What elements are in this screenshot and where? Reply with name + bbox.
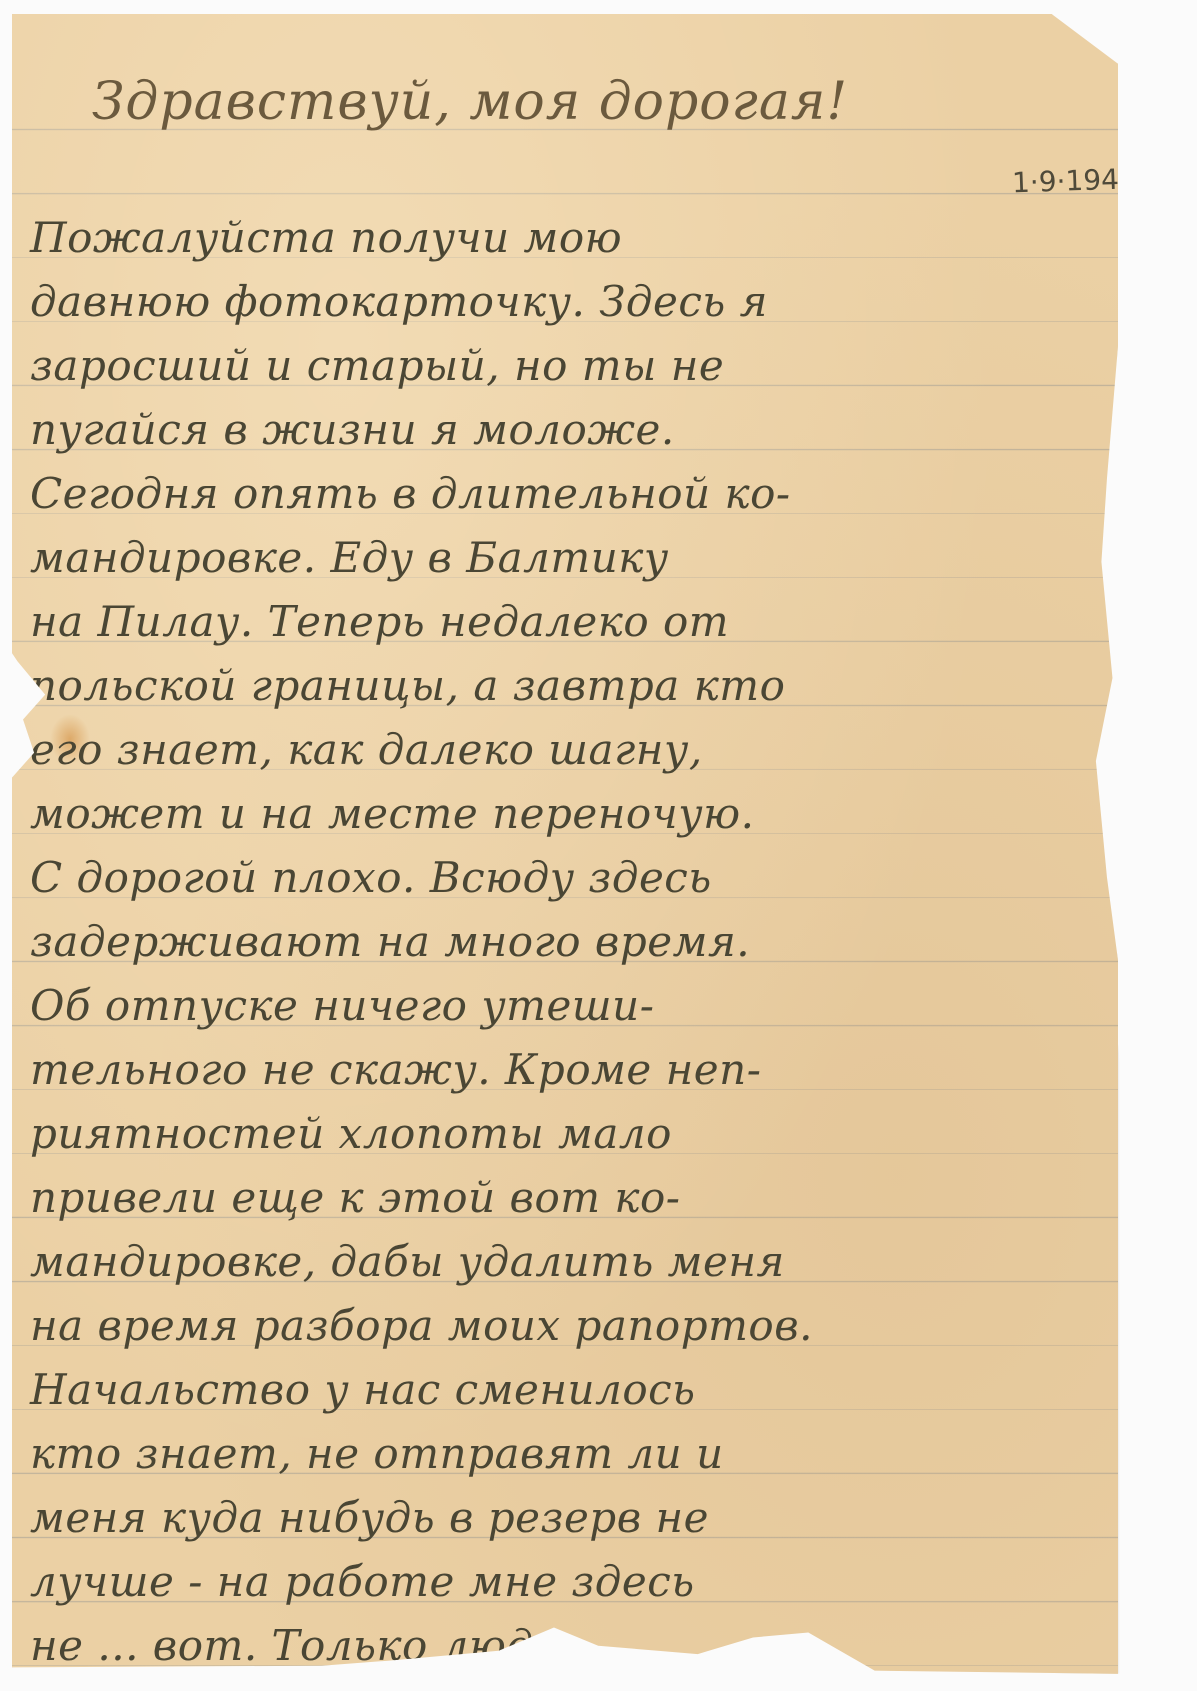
letter-line: задерживают на много время. xyxy=(30,910,1120,974)
letter-line: его знает, как далеко шагну, xyxy=(30,718,1120,782)
letter-body: Пожалуйста получи мою давнюю фотокарточк… xyxy=(30,206,1120,1678)
letter-line: не ... вот. Только люди xyxy=(30,1614,1120,1678)
letter-page: Здравствуй, моя дорогая! 1·9·1946г Пожал… xyxy=(12,14,1118,1674)
letter-line: кто знает, не отправят ли и xyxy=(30,1422,1120,1486)
letter-line: на Пилау. Теперь недалеко от xyxy=(30,590,1120,654)
letter-line: лучше - на работе мне здесь xyxy=(30,1550,1120,1614)
letter-line: Пожалуйста получи мою xyxy=(30,206,1120,270)
letter-line: тельного не скажу. Кроме неп- xyxy=(30,1038,1120,1102)
letter-line: на время разбора моих рапортов. xyxy=(30,1294,1120,1358)
letter-line: Сегодня опять в длительной ко- xyxy=(30,462,1120,526)
letter-greeting: Здравствуй, моя дорогая! xyxy=(92,72,848,132)
letter-line: риятностей хлопоты мало xyxy=(30,1102,1120,1166)
letter-line: мандировке. Еду в Балтику xyxy=(30,526,1120,590)
letter-line: пугайся в жизни я моложе. xyxy=(30,398,1120,462)
letter-date: 1·9·1946г xyxy=(1011,162,1151,200)
letter-line: Об отпуске ничего утеши- xyxy=(30,974,1120,1038)
letter-line: мандировке, дабы удалить меня xyxy=(30,1230,1120,1294)
letter-line: Начальство у нас сменилось xyxy=(30,1358,1120,1422)
letter-line: давнюю фотокарточку. Здесь я xyxy=(30,270,1120,334)
letter-line: польской границы, а завтра кто xyxy=(30,654,1120,718)
letter-line: С дорогой плохо. Всюду здесь xyxy=(30,846,1120,910)
letter-line: привели еще к этой вот ко- xyxy=(30,1166,1120,1230)
letter-text: риятностей хлопоты мало xyxy=(30,1109,672,1158)
letter-line: заросший и старый, но ты не xyxy=(30,334,1120,398)
letter-line: может и на месте переночую. xyxy=(30,782,1120,846)
letter-line: меня куда нибудь в резерв не xyxy=(30,1486,1120,1550)
